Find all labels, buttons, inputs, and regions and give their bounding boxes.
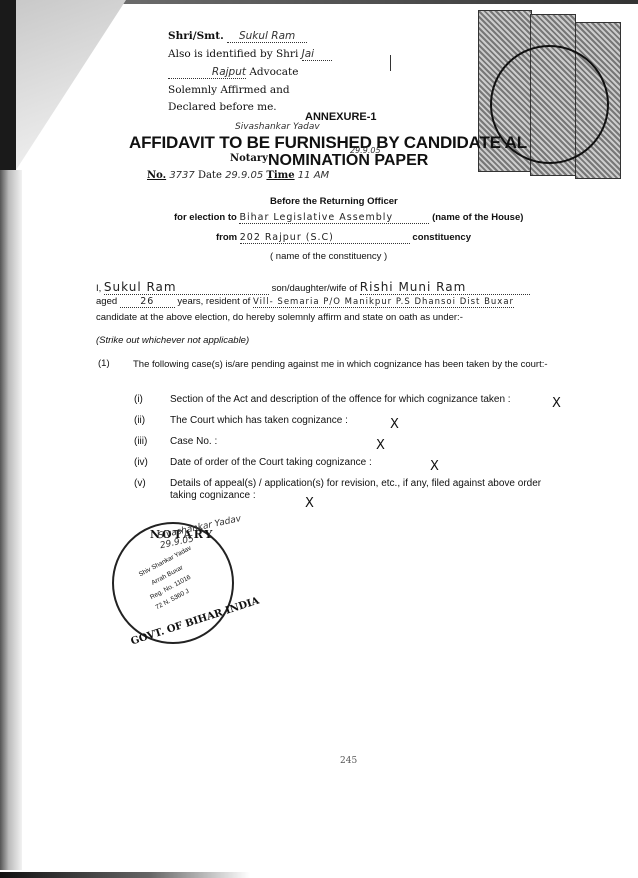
date-label: Date xyxy=(198,170,222,181)
handwritten-signature: Sivashankar Yadav xyxy=(235,122,320,132)
relation-label: son/daughter/wife of xyxy=(272,283,358,294)
handwritten-house: Bihar Legislative Assembly xyxy=(239,212,429,224)
handwritten-value: Jai xyxy=(302,48,332,61)
item-number: (v) xyxy=(134,478,146,489)
oath-statement: candidate at the above election, do here… xyxy=(96,312,463,323)
item-answer-cross: X xyxy=(552,396,561,411)
constituency-note: ( name of the constituency ) xyxy=(270,251,387,262)
item-answer-cross: X xyxy=(430,459,439,474)
handwritten-parent: Rishi Muni Ram xyxy=(360,280,530,295)
mark xyxy=(390,55,391,71)
suffix: constituency xyxy=(412,232,471,243)
no-value: 3737 xyxy=(169,170,194,181)
instruction-note: (Strike out whichever not applicable) xyxy=(96,335,249,346)
handwritten-address: Vill- Semaria P/O Manikpur P.S Dhansoi D… xyxy=(253,297,514,308)
page-shadow xyxy=(0,170,22,870)
label: Advocate xyxy=(249,66,298,78)
notary-line-3: Rajput Advocate xyxy=(168,66,298,79)
notary-line-2: Also is identified by Shri Jai xyxy=(168,48,332,61)
item-text: The Court which has taken cognizance : xyxy=(170,415,568,427)
aged-label: aged xyxy=(96,296,117,307)
suffix: (name of the House) xyxy=(432,212,523,223)
election-line: for election to Bihar Legislative Assemb… xyxy=(174,212,523,224)
resident-label: years, resident of xyxy=(177,296,250,307)
label: for election to xyxy=(174,212,237,223)
item-text: Section of the Act and description of th… xyxy=(170,394,568,406)
handwritten-name: Sukul Ram xyxy=(227,30,307,43)
label: from xyxy=(216,232,237,243)
notary-line-5: Declared before me. xyxy=(168,101,277,113)
before-heading: Before the Returning Officer xyxy=(270,196,398,207)
item-number: (ii) xyxy=(134,415,145,426)
item-number: (iii) xyxy=(134,436,147,447)
no-label: No. xyxy=(147,170,166,181)
handwritten-age: 26 xyxy=(120,296,175,308)
item-answer-cross: X xyxy=(390,417,399,432)
item-answer-cross: X xyxy=(305,496,314,511)
section-text: The following case(s) is/are pending aga… xyxy=(133,358,595,371)
scan-border-bottom xyxy=(0,872,250,878)
item-number: (i) xyxy=(134,394,143,405)
time-value: 11 AM xyxy=(298,170,329,181)
item-text: Case No. : xyxy=(170,436,568,448)
item-text: Details of appeal(s) / application(s) fo… xyxy=(170,478,568,502)
document-title: AFFIDAVIT TO BE FURNISHED BY CANDIDATE A… xyxy=(129,133,527,153)
time-label: Time xyxy=(266,170,294,181)
item-answer-cross: X xyxy=(376,438,385,453)
declarant-line-2: aged 26 years, resident of Vill- Semaria… xyxy=(96,296,514,308)
folded-corner xyxy=(16,0,126,170)
seal-bottom-text: GOVT. OF BIHAR INDIA xyxy=(130,596,261,648)
document-subtitle: NOMINATION PAPER xyxy=(268,152,428,170)
constituency-line: from 202 Rajpur (S.C) constituency xyxy=(216,232,471,244)
section-number: (1) xyxy=(98,358,110,369)
page-number: 245 xyxy=(340,756,357,766)
handwritten-constituency: 202 Rajpur (S.C) xyxy=(240,232,410,244)
notary-line-4: Solemnly Affirmed and xyxy=(168,84,290,96)
handwritten-value: Rajput xyxy=(168,66,246,79)
notary-line-1: Shri/Smt. Sukul Ram xyxy=(168,30,307,43)
handwritten-name: Sukul Ram xyxy=(104,280,269,295)
notary-label: Notary xyxy=(230,153,268,164)
notary-register-line: No. 3737 Date 29.9.05 Time 11 AM xyxy=(147,170,329,181)
label: Also is identified by Shri xyxy=(168,48,298,60)
item-text: Date of order of the Court taking cogniz… xyxy=(170,457,568,469)
label: Shri/Smt. xyxy=(168,30,224,42)
date-value: 29.9.05 xyxy=(225,170,263,181)
declarant-line-1: I, Sukul Ram son/daughter/wife of Rishi … xyxy=(96,280,530,295)
prefix: I, xyxy=(96,283,101,294)
item-number: (iv) xyxy=(134,457,148,468)
